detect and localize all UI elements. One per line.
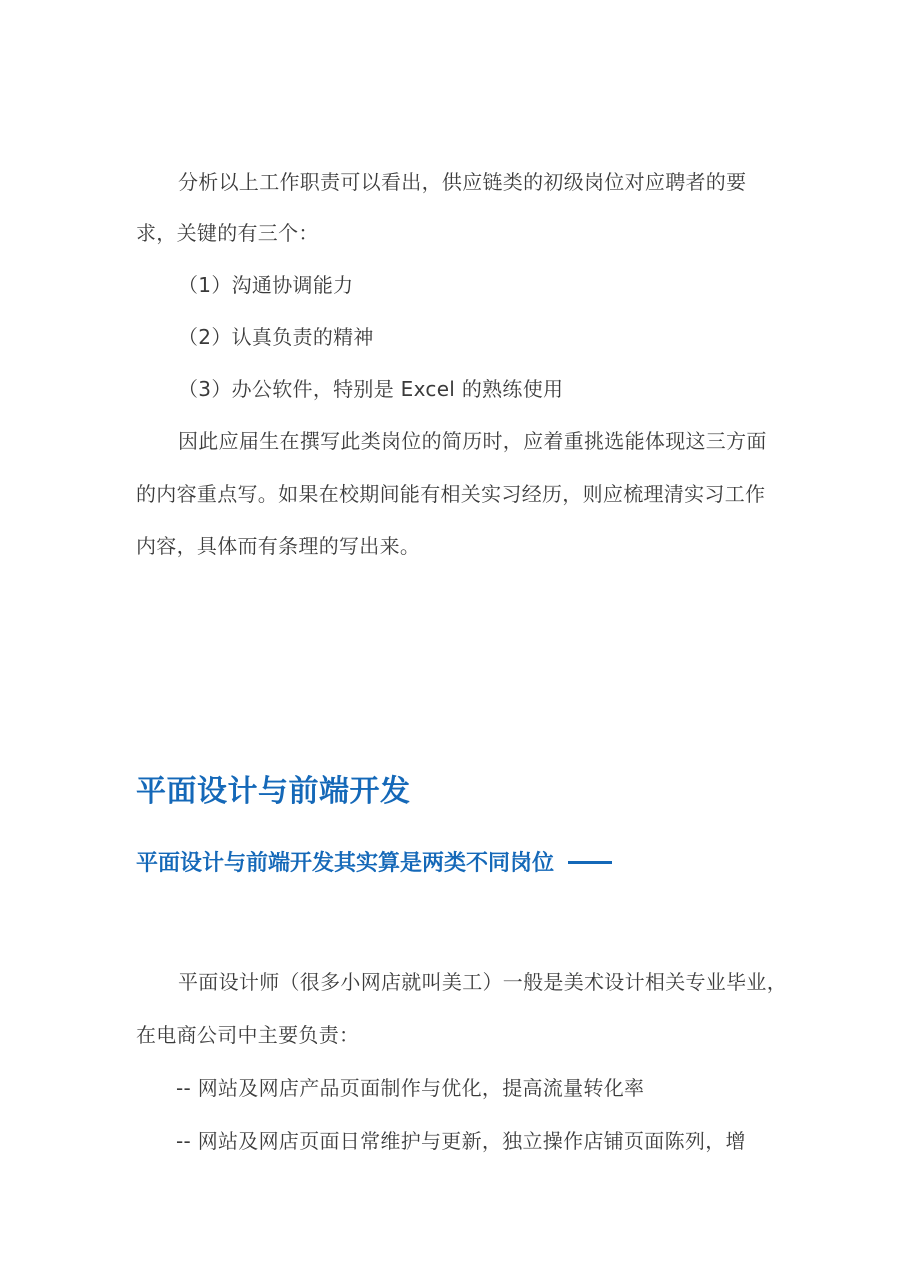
paragraph-line: 分析以上工作职责可以看出，供应链类的初级岗位对应聘者的要 xyxy=(178,168,746,196)
paragraph-line: 因此应届生在撰写此类岗位的简历时，应着重挑选能体现这三方面 xyxy=(178,427,767,455)
requirement-item: （1）沟通协调能力 xyxy=(178,271,353,299)
section-heading: 平面设计与前端开发 xyxy=(136,772,411,812)
duty-item: -- 网站及网店页面日常维护与更新，独立操作店铺页面陈列，增 xyxy=(176,1127,746,1155)
duty-item: -- 网站及网店产品页面制作与优化，提高流量转化率 xyxy=(176,1074,644,1102)
dash-rule xyxy=(568,861,612,864)
section-subheading: 平面设计与前端开发其实算是两类不同岗位 xyxy=(136,848,612,880)
paragraph-line: 平面设计师（很多小网店就叫美工）一般是美术设计相关专业毕业， xyxy=(178,968,787,996)
requirement-item: （3）办公软件，特别是 Excel 的熟练使用 xyxy=(178,375,563,403)
paragraph-line: 在电商公司中主要负责： xyxy=(136,1021,359,1049)
paragraph-line: 求，关键的有三个： xyxy=(136,219,319,247)
paragraph-line: 的内容重点写。如果在校期间能有相关实习经历，则应梳理清实习工作 xyxy=(136,480,765,508)
subheading-text: 平面设计与前端开发其实算是两类不同岗位 xyxy=(136,851,554,876)
paragraph-line: 内容，具体而有条理的写出来。 xyxy=(136,532,420,560)
document-page: 分析以上工作职责可以看出，供应链类的初级岗位对应聘者的要 求，关键的有三个： （… xyxy=(0,0,900,1272)
requirement-item: （2）认真负责的精神 xyxy=(178,323,374,351)
